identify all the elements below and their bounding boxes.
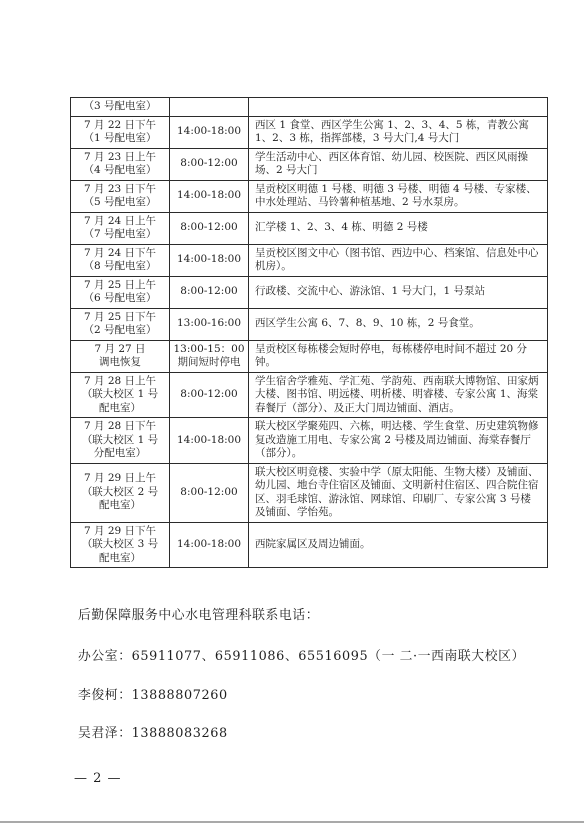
outage-area-cell: 呈贡校区明德 1 号楼、明德 3 号楼、明德 4 号楼、专家楼、中水处理站、马铃… bbox=[249, 180, 548, 212]
contact-wu-junze: 吴君泽：13888083268 bbox=[78, 722, 228, 741]
table-row: 7 月 28 日上午 （联大校区 1 号 配电室） 8:00-12:00 学生宿… bbox=[71, 372, 548, 418]
outage-time-cell: 8:00-12:00 bbox=[170, 148, 249, 180]
outage-date-cell: 7 月 28 日上午 （联大校区 1 号 配电室） bbox=[71, 372, 170, 418]
document-page: （3 号配电室） 7 月 22 日下午 （1 号配电室） 14:00-18:00… bbox=[0, 0, 584, 830]
outage-time-cell: 13:00-16:00 bbox=[170, 308, 249, 340]
outage-area-cell: 呈贡校区每栋楼会短时停电，每栋楼停电时间不超过 20 分钟。 bbox=[249, 340, 548, 372]
outage-time-cell: 8:00-12:00 bbox=[170, 276, 249, 308]
contact-li-junke: 李俊柯：13888807260 bbox=[78, 684, 228, 703]
outage-date-cell: 7 月 29 日上午 （联大校区 2 号 配电室） bbox=[71, 463, 170, 522]
outage-time-cell: 14:00-18:00 bbox=[170, 180, 249, 212]
outage-area-cell: 联大校区明竟楼、实验中学（原太阳能、生物大楼）及铺面、幼儿园、地台寺住宿区及铺面… bbox=[249, 463, 548, 522]
table-row: 7 月 29 日上午 （联大校区 2 号 配电室） 8:00-12:00 联大校… bbox=[71, 463, 548, 522]
table-row: 7 月 24 日上午 （7 号配电室） 8:00-12:00 汇学楼 1、2、3… bbox=[71, 212, 548, 244]
outage-date-cell: 7 月 29 日下午 （联大校区 3 号 配电室） bbox=[71, 522, 170, 568]
outage-date-cell: 7 月 23 日下午 （5 号配电室） bbox=[71, 180, 170, 212]
outage-time-cell: 8:00-12:00 bbox=[170, 463, 249, 522]
outage-date-cell: 7 月 25 日下午 （2 号配电室） bbox=[71, 308, 170, 340]
outage-area-cell bbox=[249, 98, 548, 117]
outage-time-cell bbox=[170, 98, 249, 117]
outage-area-cell: 行政楼、交流中心、游泳馆、1 号大门，1 号泵站 bbox=[249, 276, 548, 308]
table-row: 7 月 24 日下午 （8 号配电室） 14:00-18:00 呈贡校区图文中心… bbox=[71, 244, 548, 276]
outage-area-cell: 学生宿舍学雅苑、学汇苑、学韵苑、西南联大博物馆、田家炳大楼、图书馆、明远楼、明析… bbox=[249, 372, 548, 418]
page-number: — 2 — bbox=[74, 771, 122, 786]
outage-time-cell: 13:00-15：00 期间短时停电 bbox=[170, 340, 249, 372]
outage-area-cell: 呈贡校区图文中心（图书馆、西边中心、档案馆、信息处中心机房）。 bbox=[249, 244, 548, 276]
table-row: 7 月 25 日上午 （6 号配电室） 8:00-12:00 行政楼、交流中心、… bbox=[71, 276, 548, 308]
outage-time-cell: 14:00-18:00 bbox=[170, 244, 249, 276]
outage-time-cell: 14:00-18:00 bbox=[170, 522, 249, 568]
outage-date-cell: 7 月 28 日下午 （联大校区 1 号 分配电室） bbox=[71, 418, 170, 464]
outage-area-cell: 西区 1 食堂、西区学生公寓 1、2、3、4、5 栋，青教公寓 1、2、3 栋，… bbox=[249, 116, 548, 148]
outage-date-cell: 7 月 27 日 调电恢复 bbox=[71, 340, 170, 372]
contact-heading: 后勤保障服务中心水电管理科联系电话： bbox=[78, 604, 319, 623]
table-row: 7 月 29 日下午 （联大校区 3 号 配电室） 14:00-18:00 西院… bbox=[71, 522, 548, 568]
table-row: 7 月 25 日下午 （2 号配电室） 13:00-16:00 西区学生公寓 6… bbox=[71, 308, 548, 340]
table-row: 7 月 23 日上午 （4 号配电室） 8:00-12:00 学生活动中心、西区… bbox=[71, 148, 548, 180]
outage-area-cell: 西区学生公寓 6、7、8、9、10 栋，2 号食堂。 bbox=[249, 308, 548, 340]
table-row: （3 号配电室） bbox=[71, 98, 548, 117]
table-row: 7 月 28 日下午 （联大校区 1 号 分配电室） 14:00-18:00 联… bbox=[71, 418, 548, 464]
outage-area-cell: 学生活动中心、西区体育馆、幼儿园、校医院、西区风雨操场、2 号大门 bbox=[249, 148, 548, 180]
table-row: 7 月 22 日下午 （1 号配电室） 14:00-18:00 西区 1 食堂、… bbox=[71, 116, 548, 148]
outage-time-cell: 14:00-18:00 bbox=[170, 116, 249, 148]
outage-date-cell: 7 月 24 日上午 （7 号配电室） bbox=[71, 212, 170, 244]
page-bottom-edge bbox=[0, 821, 584, 823]
outage-date-cell: 7 月 23 日上午 （4 号配电室） bbox=[71, 148, 170, 180]
outage-time-cell: 8:00-12:00 bbox=[170, 212, 249, 244]
outage-date-cell: （3 号配电室） bbox=[71, 98, 170, 117]
outage-area-cell: 西院家属区及周边铺面。 bbox=[249, 522, 548, 568]
outage-time-cell: 14:00-18:00 bbox=[170, 418, 249, 464]
outage-area-cell: 汇学楼 1、2、3、4 栋、明德 2 号楼 bbox=[249, 212, 548, 244]
outage-schedule-table: （3 号配电室） 7 月 22 日下午 （1 号配电室） 14:00-18:00… bbox=[70, 97, 548, 568]
table-row: 7 月 23 日下午 （5 号配电室） 14:00-18:00 呈贡校区明德 1… bbox=[71, 180, 548, 212]
outage-date-cell: 7 月 25 日上午 （6 号配电室） bbox=[71, 276, 170, 308]
office-phones: 办公室：65911077、65911086、65516095（一 二·一西南联大… bbox=[78, 645, 525, 664]
outage-time-cell: 8:00-12:00 bbox=[170, 372, 249, 418]
outage-date-cell: 7 月 22 日下午 （1 号配电室） bbox=[71, 116, 170, 148]
outage-date-cell: 7 月 24 日下午 （8 号配电室） bbox=[71, 244, 170, 276]
outage-area-cell: 联大校区学聚苑四、六栋，明达楼、学生食堂、历史建筑物修复改造施工用电、专家公寓 … bbox=[249, 418, 548, 464]
table-row: 7 月 27 日 调电恢复 13:00-15：00 期间短时停电 呈贡校区每栋楼… bbox=[71, 340, 548, 372]
